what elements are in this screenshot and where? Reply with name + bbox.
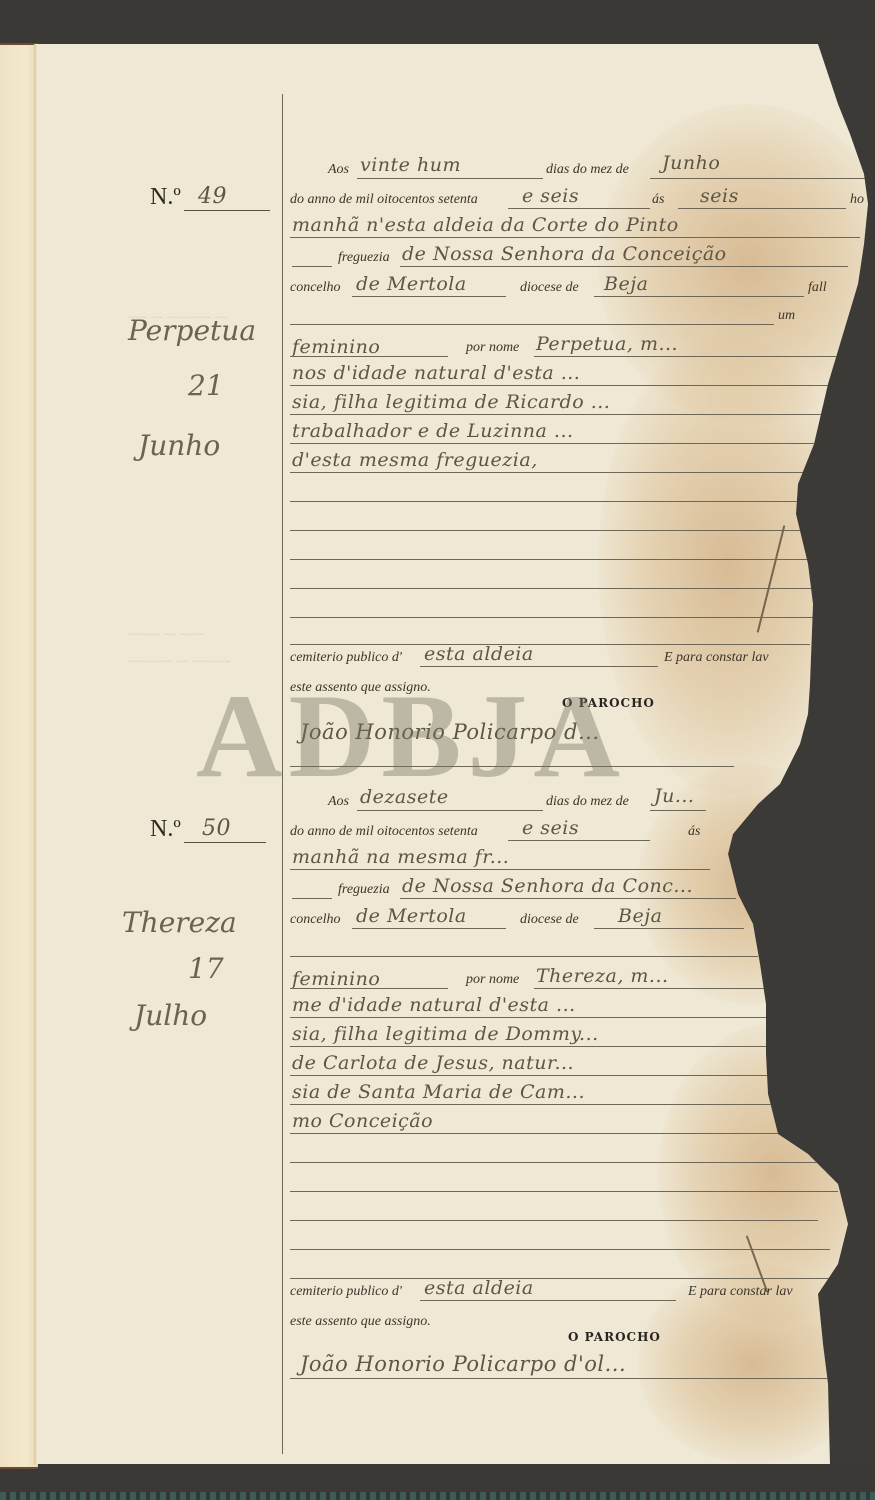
field-line [290,1278,830,1279]
field-line [290,988,448,989]
field-line [678,208,846,209]
field-line [290,1075,774,1076]
field-cemiterio: esta aldeia [424,1277,534,1299]
field-line [290,1162,830,1163]
archive-watermark: ADBJA [196,676,626,796]
field-line [290,869,710,870]
field-line [534,988,770,989]
entry-number-underline [184,210,270,211]
field-dia: vinte hum [360,154,461,176]
entry-number: 50 [202,816,231,841]
field-nome: Thereza, m... [536,965,669,987]
field-line [290,501,802,502]
printed-e-para-constar: E para constar lav [688,1284,793,1300]
printed-as: ás [688,824,700,840]
field-line [290,237,860,238]
field-line [290,1191,838,1192]
margin-name: Perpetua [128,314,256,347]
field-anno: e seis [522,185,579,207]
printed-este-assento: este assento que assigno. [290,1314,431,1330]
field-sexo: feminino [292,336,380,358]
printed-por-nome: por nome [466,972,519,988]
field-line [290,1220,818,1221]
field-freguezia: de Nossa Senhora da Conc... [402,875,693,897]
field-line [290,1378,830,1379]
printed-aos: Aos [328,162,349,178]
bleed-through-text: ~~~~~~~ ~~ ~~~~~~ [128,656,230,668]
margin-day: 17 [188,952,224,985]
field-line-d: sia de Santa Maria de Cam... [292,1081,585,1103]
water-stain [598,334,858,794]
printed-um-fragment: um [778,308,795,324]
field-line [290,1046,770,1047]
field-line-a: me d'idade natural d'esta ... [292,994,576,1016]
field-diocese: Beja [618,905,662,927]
printed-do-anno: do anno de mil oitocentos setenta [290,824,478,840]
field-diocese: Beja [604,273,648,295]
field-line [420,666,658,667]
field-line-c: trabalhador e de Luzinna ... [292,420,574,442]
printed-do-anno: do anno de mil oitocentos setenta [290,192,478,208]
field-line [594,928,744,929]
margin-month: Julho [134,999,207,1032]
field-line-b: sia, filha legitima de Dommy... [292,1023,599,1045]
field-line [290,617,814,618]
printed-concelho: concelho [290,912,341,928]
field-line-e: mo Conceição [292,1110,433,1132]
scan-background-top [0,0,875,44]
field-line [400,266,848,267]
field-line-d: d'esta mesma freguezia, [292,449,538,471]
field-line [290,443,834,444]
printed-cemiterio: cemiterio publico d' [290,1284,402,1300]
field-line3: manhã n'esta aldeia da Corte do Pinto [292,214,679,236]
book-gutter [34,44,38,1464]
field-line [508,840,650,841]
water-stain [658,1024,875,1324]
printed-concelho: concelho [290,280,341,296]
field-line [534,356,848,357]
field-line [290,414,842,415]
field-line [290,956,758,957]
field-line [352,296,506,297]
printed-e-para-constar: E para constar lav [664,650,769,666]
field-line [290,385,850,386]
field-line-c: de Carlota de Jesus, natur... [292,1052,574,1074]
field-line [292,266,332,267]
field-line [357,810,543,811]
field-concelho: de Mertola [356,905,467,927]
field-line [290,1104,780,1105]
field-line3: manhã na mesma fr... [292,846,509,868]
printed-cemiterio: cemiterio publico d' [290,650,402,666]
margin-name: Thereza [122,906,237,939]
printed-horas-fragment: ho [850,192,864,208]
field-nome: Perpetua, m... [536,333,678,355]
field-line [290,559,814,560]
printed-diocese: diocese de [520,280,579,296]
field-line [650,810,706,811]
field-line [650,178,870,179]
field-line [357,178,543,179]
field-line [290,356,448,357]
priest-signature: João Honorio Policarpo d'ol... [300,1352,626,1376]
printed-freguezia: freguezia [338,882,390,898]
printed-falleceu-fragment: fall [808,280,827,296]
printed-freguezia: freguezia [338,250,390,266]
field-hora: seis [700,185,739,207]
field-line [290,1017,770,1018]
field-anno: e seis [522,817,579,839]
printed-por-nome: por nome [466,340,519,356]
field-line [290,324,774,325]
margin-month: Junho [138,429,220,462]
scan-color-strip [0,1492,875,1500]
field-sexo: feminino [292,968,380,990]
field-line [400,898,736,899]
field-line [594,296,804,297]
field-mez: Ju... [654,785,694,807]
entry-number-label: N.º [150,816,181,843]
entry-number-underline [184,842,266,843]
field-freguezia: de Nossa Senhora da Conceição [402,243,727,265]
printed-diocese: diocese de [520,912,579,928]
previous-page-edge [0,43,38,1469]
field-line [290,472,830,473]
margin-day: 21 [188,369,224,402]
field-line [292,898,332,899]
field-concelho: de Mertola [356,273,467,295]
field-line [290,588,814,589]
field-line-a: nos d'idade natural d'esta ... [292,362,580,384]
field-line-b: sia, filha legitima de Ricardo ... [292,391,610,413]
field-line [290,644,810,645]
field-line [352,928,506,929]
field-line [290,1133,820,1134]
printed-as: ás [652,192,664,208]
field-line [420,1300,676,1301]
bleed-through-text: ~~~~~ ~~ ~~~~ [128,629,205,641]
field-mez: Junho [662,152,720,174]
field-line [290,530,810,531]
field-line [508,208,650,209]
entry-number-label: N.º [150,184,181,211]
field-cemiterio: esta aldeia [424,643,534,665]
field-line [290,1249,830,1250]
printed-dias-do-mez: dias do mez de [546,162,629,178]
printed-o-parocho: O PAROCHO [568,1330,661,1344]
entry-number: 49 [198,184,227,209]
